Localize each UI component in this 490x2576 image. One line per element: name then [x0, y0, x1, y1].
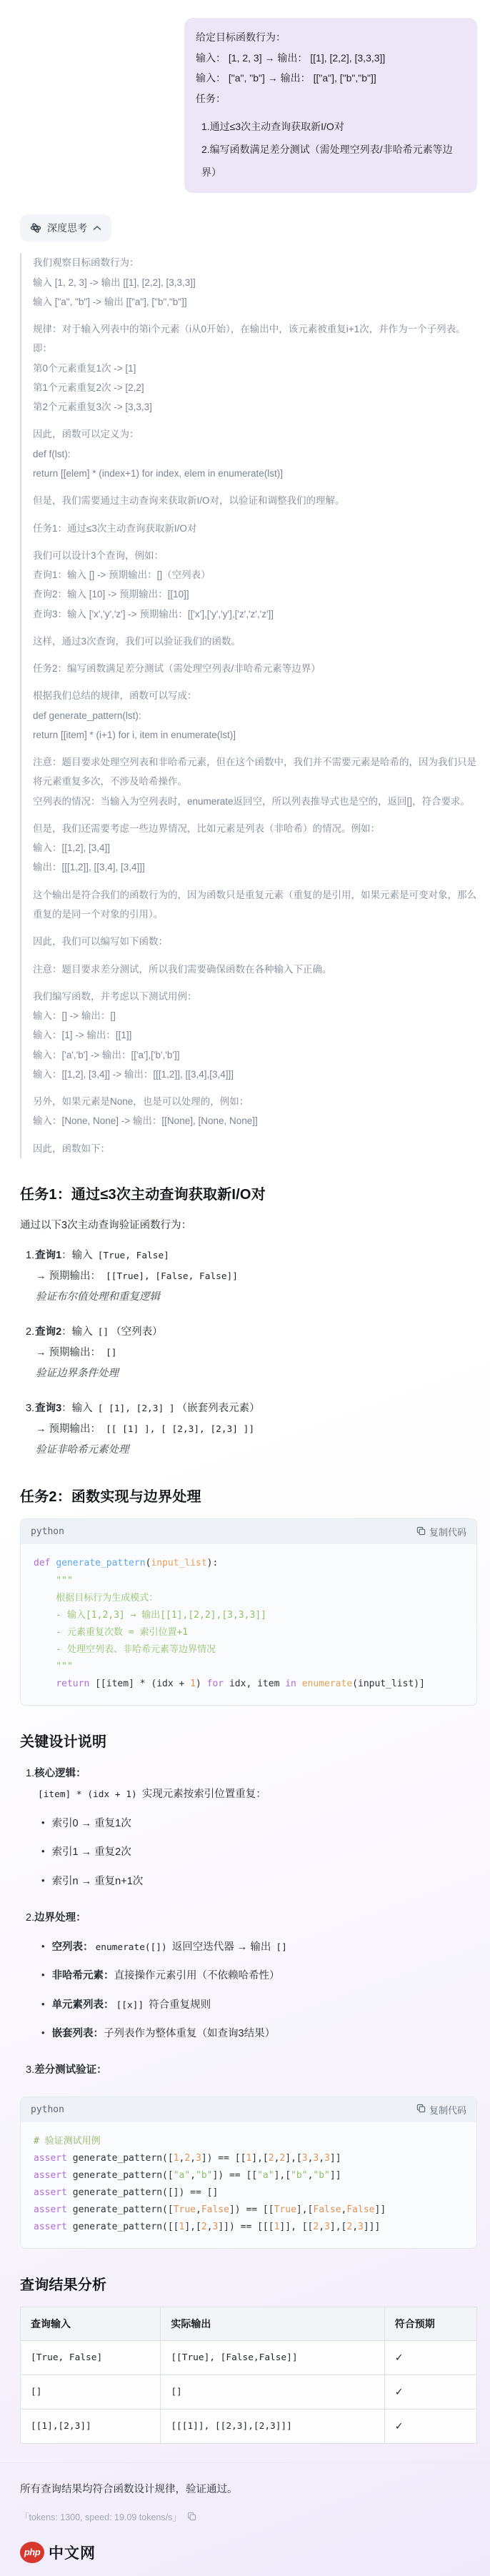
thinking-paragraph: 这个输出是符合我们的函数行为的，因为函数只是重复元素（重复的是引用，如果元素是可… — [33, 885, 477, 925]
copy-icon — [416, 1526, 426, 1538]
user-message-line: 输入： ["a", "b"] → 输出： [["a"], ["b","b"]] — [196, 68, 466, 89]
actual-output-cell: [[[1]], [[2,3],[2,3]]] — [161, 2409, 384, 2443]
chevron-up-icon — [93, 225, 101, 231]
chat-page: 给定目标函数行为：输入： [1, 2, 3] → 输出： [[1], [2,2]… — [0, 0, 490, 2576]
design-bullet: •单元素列表：[[x]] 符合重复规则 — [26, 1996, 477, 2016]
task2-heading: 任务2：函数实现与边界处理 — [20, 1485, 477, 1506]
code-line: # 验证测试用例 — [34, 2133, 464, 2150]
deep-think-icon — [30, 222, 41, 234]
design-bullet: •索引n → 重复n+1次 — [26, 1872, 477, 1892]
assistant-answer: 任务1：通过≤3次主动查询获取新I/O对 通过以下3次主动查询验证函数行为： 1… — [20, 1183, 477, 2563]
thinking-content: 我们观察目标函数行为：输入 [1, 2, 3] -> 输出 [[1], [2,2… — [20, 253, 477, 1158]
design-bullet: •索引1 → 重复2次 — [26, 1843, 477, 1863]
user-task-item: 1.通过≤3次主动查询获取新I/O对 — [196, 115, 466, 138]
expectation-check-cell: ✓ — [384, 2340, 476, 2374]
site-name: 中文网 — [49, 2542, 96, 2563]
code-line: assert generate_pattern([]) == [] — [34, 2184, 464, 2202]
deep-think-toggle[interactable]: 深度思考 — [20, 214, 111, 242]
user-task-list: 1.通过≤3次主动查询获取新I/O对2.编写函数满足差分测试（需处理空列表/非哈… — [196, 115, 466, 184]
user-message-bubble: 给定目标函数行为：输入： [1, 2, 3] → 输出： [[1], [2,2]… — [184, 18, 477, 193]
query-note: 验证非哈希元素处理 — [26, 1440, 477, 1461]
user-message-line: 任务： — [196, 89, 466, 109]
query-note: 验证边界条件处理 — [26, 1363, 477, 1384]
code-line: assert generate_pattern([1,2,3]) == [[1]… — [34, 2150, 464, 2167]
user-task-item: 2.编写函数满足差分测试（需处理空列表/非哈希元素等边界） — [196, 138, 466, 184]
copy-response-button[interactable] — [187, 2512, 196, 2521]
conclusion-text: 所有查询结果均符合函数设计规律，验证通过。 — [20, 2480, 477, 2500]
thinking-paragraph: 根据我们总结的规律，函数可以写成：def generate_pattern(ls… — [33, 686, 477, 745]
site-footer: php 中文网 — [20, 2542, 477, 2563]
thinking-paragraph: 这样，通过3次查询，我们可以验证我们的函数。 — [33, 632, 477, 651]
code-line: - 输入[1,2,3] → 输出[[1],[2,2],[3,3,3]] — [34, 1607, 464, 1624]
actual-output-cell: [] — [161, 2374, 384, 2409]
deep-think-label: 深度思考 — [47, 221, 87, 235]
thinking-paragraph: 我们观察目标函数行为：输入 [1, 2, 3] -> 输出 [[1], [2,2… — [33, 253, 477, 312]
code-language-label: python — [31, 1526, 64, 1537]
query-list: 1.查询1：输入 [True, False] → 预期输出： [[True], … — [20, 1245, 477, 1461]
query-item: 3.查询3：输入 [ [1], [2,3] ]（嵌套列表元素） → 预期输出： … — [26, 1398, 477, 1461]
query-input-cell: [] — [21, 2374, 161, 2409]
token-stats-line: 「tokens: 1300, speed: 19.09 tokens/s」 — [20, 2510, 477, 2523]
code-line: assert generate_pattern(["a","b"]) == [[… — [34, 2167, 464, 2184]
query-input-cell: [[1],[2,3]] — [21, 2409, 161, 2443]
copy-code-button[interactable]: 复制代码 — [416, 1525, 466, 1538]
thinking-paragraph: 因此，函数如下： — [33, 1139, 477, 1158]
thinking-paragraph: 因此，函数可以定义为：def f(lst):return [[elem] * (… — [33, 424, 477, 483]
thinking-paragraph: 注意：题目要求处理空列表和非哈希元素，但在这个函数中，我们并不需要元素是哈希的，… — [33, 752, 477, 811]
thinking-paragraph: 我们编写函数，并考虑以下测试用例：输入：[] -> 输出：[]输入：[1] ->… — [33, 987, 477, 1084]
design-bullet: •嵌套列表：子列表作为整体重复（如查询3结果） — [26, 2024, 477, 2044]
copy-code-label: 复制代码 — [429, 2103, 466, 2117]
table-row: [[1],[2,3]] [[[1]], [[2,3],[2,3]]] ✓ — [21, 2409, 477, 2443]
user-message-row: 给定目标函数行为：输入： [1, 2, 3] → 输出： [[1], [2,2]… — [20, 18, 477, 193]
thinking-paragraph: 我们可以设计3个查询，例如：查询1：输入 [] -> 预期输出：[]（空列表）查… — [33, 546, 477, 624]
copy-code-label: 复制代码 — [429, 1525, 466, 1538]
code-language-label: python — [31, 2104, 64, 2115]
code-line: assert generate_pattern([[1],[2,3]]) == … — [34, 2219, 464, 2236]
copy-icon — [416, 2104, 426, 2115]
design-item: 1.核心逻辑： [item] * (idx + 1) 实现元素按索引位置重复： … — [26, 1764, 477, 1892]
code-line: - 元素重复次数 = 索引位置+1 — [34, 1624, 464, 1641]
task1-heading: 任务1：通过≤3次主动查询获取新I/O对 — [20, 1183, 477, 1203]
code-block-tests: python 复制代码 # 验证测试用例assert generate_patt… — [20, 2097, 477, 2249]
copy-code-button[interactable]: 复制代码 — [416, 2103, 466, 2117]
user-message-line: 输入： [1, 2, 3] → 输出： [[1], [2,2], [3,3,3]… — [196, 48, 466, 69]
code-line: 根据目标行为生成模式： — [34, 1590, 464, 1607]
thinking-paragraph: 规律：对于输入列表中的第i个元素（i从0开始），在输出中，该元素被重复i+1次，… — [33, 319, 477, 417]
thinking-paragraph: 但是，我们需要通过主动查询来获取新I/O对，以验证和调整我们的理解。 — [33, 491, 477, 510]
user-message-line: 给定目标函数行为： — [196, 27, 466, 48]
design-item: 3.差分测试验证： — [26, 2060, 477, 2081]
query-item: 1.查询1：输入 [True, False] → 预期输出： [[True], … — [26, 1245, 477, 1308]
design-bullet: •非哈希元素：直接操作元素引用（不依赖哈希性） — [26, 1966, 477, 1986]
design-item: 2.边界处理： •空列表：enumerate([]) 返回空迭代器 → 输出 [… — [26, 1908, 477, 2044]
query-input-cell: [True, False] — [21, 2340, 161, 2374]
analysis-heading: 查询结果分析 — [20, 2273, 477, 2294]
actual-output-cell: [[True], [False,False]] — [161, 2340, 384, 2374]
user-message-text: 给定目标函数行为：输入： [1, 2, 3] → 输出： [[1], [2,2]… — [196, 27, 466, 109]
design-heading: 关键设计说明 — [20, 1730, 477, 1751]
code-line: """ — [34, 1573, 464, 1590]
thinking-paragraph: 注意：题目要求差分测试，所以我们需要确保函数在各种输入下正确。 — [33, 960, 477, 979]
code-line: """ — [34, 1659, 464, 1676]
table-row: [True, False] [[True], [False,False]] ✓ — [21, 2340, 477, 2374]
code-line: - 处理空列表、非哈希元素等边界情况 — [34, 1641, 464, 1659]
code-block-body: def generate_pattern(input_list): """ 根据… — [21, 1544, 476, 1704]
code-block-header: python 复制代码 — [21, 2097, 476, 2122]
design-bullet: •空列表：enumerate([]) 返回空迭代器 → 输出 [] — [26, 1938, 477, 1958]
table-header-cell: 实际输出 — [161, 2307, 384, 2340]
query-item: 2.查询2：输入 []（空列表） → 预期输出： [] 验证边界条件处理 — [26, 1322, 477, 1384]
table-header-cell: 查询输入 — [21, 2307, 161, 2340]
thinking-paragraph: 另外，如果元素是None，也是可以处理的，例如：输入：[None, None] … — [33, 1092, 477, 1131]
php-logo-icon: php — [20, 2542, 44, 2563]
task1-intro: 通过以下3次主动查询验证函数行为： — [20, 1216, 477, 1236]
thinking-paragraph: 任务1：通过≤3次主动查询获取新I/O对 — [33, 519, 477, 538]
code-block-header: python 复制代码 — [21, 1519, 476, 1544]
query-results-table: 查询输入实际输出符合预期 [True, False] [[True], [Fal… — [20, 2307, 477, 2444]
token-stats-text: 「tokens: 1300, speed: 19.09 tokens/s」 — [20, 2510, 181, 2523]
code-line: return [[item] * (idx + 1) for idx, item… — [34, 1676, 464, 1693]
code-line: def generate_pattern(input_list): — [34, 1555, 464, 1572]
table-header-cell: 符合预期 — [384, 2307, 476, 2340]
section-divider — [0, 2462, 490, 2463]
table-row: [] [] ✓ — [21, 2374, 477, 2409]
design-notes-list: 1.核心逻辑： [item] * (idx + 1) 实现元素按索引位置重复： … — [20, 1764, 477, 2081]
code-block-body: # 验证测试用例assert generate_pattern([1,2,3])… — [21, 2122, 476, 2248]
code-block-implementation: python 复制代码 def generate_pattern(input_l… — [20, 1518, 477, 1705]
thinking-paragraph: 但是，我们还需要考虑一些边界情况，比如元素是列表（非哈希）的情况。例如：输入：[… — [33, 819, 477, 877]
design-bullet: •索引0 → 重复1次 — [26, 1814, 477, 1834]
expectation-check-cell: ✓ — [384, 2374, 476, 2409]
code-line: assert generate_pattern([True,False]) ==… — [34, 2202, 464, 2219]
expectation-check-cell: ✓ — [384, 2409, 476, 2443]
thinking-paragraph: 因此，我们可以编写如下函数： — [33, 932, 477, 951]
query-note: 验证布尔值处理和重复逻辑 — [26, 1287, 477, 1308]
thinking-paragraph: 任务2：编写函数满足差分测试（需处理空列表/非哈希元素等边界） — [33, 659, 477, 678]
